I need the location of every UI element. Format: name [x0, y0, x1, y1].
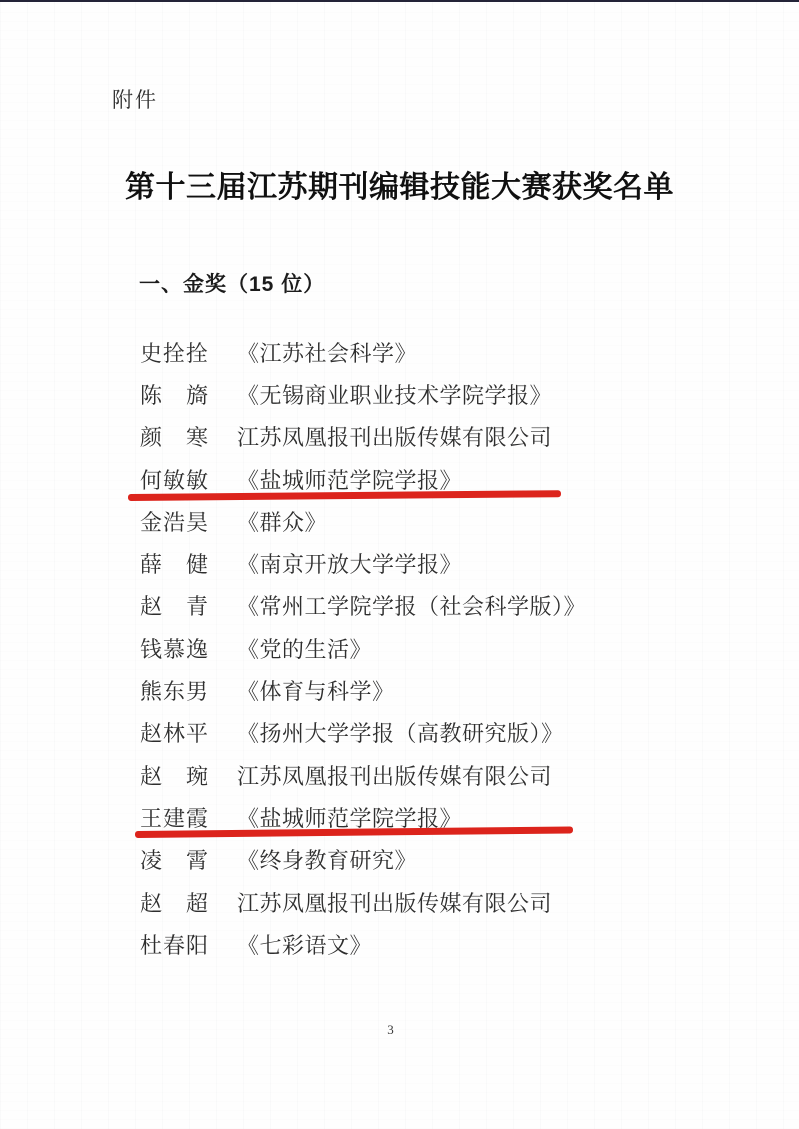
winner-publication: 《党的生活》 — [237, 633, 372, 664]
winner-publication: 《无锡商业职业技术学院学报》 — [237, 379, 552, 410]
winner-name: 何敏敏 — [140, 464, 208, 495]
award-list-row: 凌霄 《终身教育研究》 — [140, 839, 720, 881]
winner-name: 凌霄 — [140, 844, 208, 875]
winner-publication: 《终身教育研究》 — [237, 844, 417, 875]
winner-publication: 《七彩语文》 — [237, 929, 372, 960]
winner-publication: 《盐城师范学院学报》 — [237, 464, 462, 495]
winner-name: 薛健 — [140, 548, 208, 579]
award-list-row: 颜寒 江苏凤凰报刊出版传媒有限公司 — [140, 416, 720, 458]
winner-publication: 《盐城师范学院学报》 — [237, 802, 462, 833]
award-list-row: 史拴拴 《江苏社会科学》 — [140, 331, 720, 373]
section-heading-gold-award: 一、金奖（15 位） — [139, 268, 325, 298]
award-list-row: 杜春阳 《七彩语文》 — [140, 923, 720, 965]
winner-publication: 江苏凤凰报刊出版传媒有限公司 — [237, 421, 552, 452]
winner-publication: 《扬州大学学报（高教研究版）》 — [237, 717, 564, 748]
award-list-row: 陈旖 《无锡商业职业技术学院学报》 — [140, 373, 720, 415]
winner-name: 陈旖 — [140, 379, 208, 410]
award-list-row: 何敏敏 《盐城师范学院学报》 — [140, 458, 720, 500]
award-list-row: 赵琬 江苏凤凰报刊出版传媒有限公司 — [140, 754, 720, 796]
winner-publication: 《群众》 — [237, 506, 327, 537]
winner-name: 赵青 — [140, 590, 208, 621]
winner-name: 金浩昊 — [140, 506, 208, 537]
award-list-row: 金浩昊 《群众》 — [140, 500, 720, 542]
document-title: 第十三届江苏期刊编辑技能大赛获奖名单 — [0, 162, 799, 206]
award-list-row: 薛健 《南京开放大学学报》 — [140, 542, 720, 584]
winner-publication: 江苏凤凰报刊出版传媒有限公司 — [237, 760, 552, 791]
award-list-row: 王建霞 《盐城师范学院学报》 — [140, 796, 720, 838]
page-number: 3 — [0, 1022, 781, 1038]
winner-name: 熊东男 — [140, 675, 208, 706]
winner-name: 赵林平 — [140, 717, 208, 748]
winner-publication: 《常州工学院学报（社会科学版）》 — [237, 590, 586, 621]
winner-name: 杜春阳 — [140, 929, 208, 960]
award-list-row: 熊东男 《体育与科学》 — [140, 669, 720, 711]
winner-name: 颜寒 — [140, 421, 208, 452]
winner-name: 钱慕逸 — [140, 633, 208, 664]
award-list-row: 赵林平 《扬州大学学报（高教研究版）》 — [140, 712, 720, 754]
winner-name: 史拴拴 — [140, 337, 208, 368]
winner-name: 王建霞 — [140, 802, 208, 833]
winner-publication: 《江苏社会科学》 — [237, 337, 417, 368]
award-list-row: 钱慕逸 《党的生活》 — [140, 627, 720, 669]
award-list-row: 赵超 江苏凤凰报刊出版传媒有限公司 — [140, 881, 720, 923]
winner-publication: 《体育与科学》 — [237, 675, 395, 706]
attachment-label: 附件 — [112, 84, 158, 114]
award-list: 史拴拴 《江苏社会科学》 陈旖 《无锡商业职业技术学院学报》 颜寒 江苏凤凰报刊… — [140, 331, 720, 965]
winner-name: 赵琬 — [140, 760, 208, 791]
scan-artifact-top-edge — [0, 0, 799, 2]
award-list-row: 赵青 《常州工学院学报（社会科学版）》 — [140, 585, 720, 627]
winner-publication: 《南京开放大学学报》 — [237, 548, 462, 579]
winner-name: 赵超 — [140, 887, 208, 918]
winner-publication: 江苏凤凰报刊出版传媒有限公司 — [237, 887, 552, 918]
